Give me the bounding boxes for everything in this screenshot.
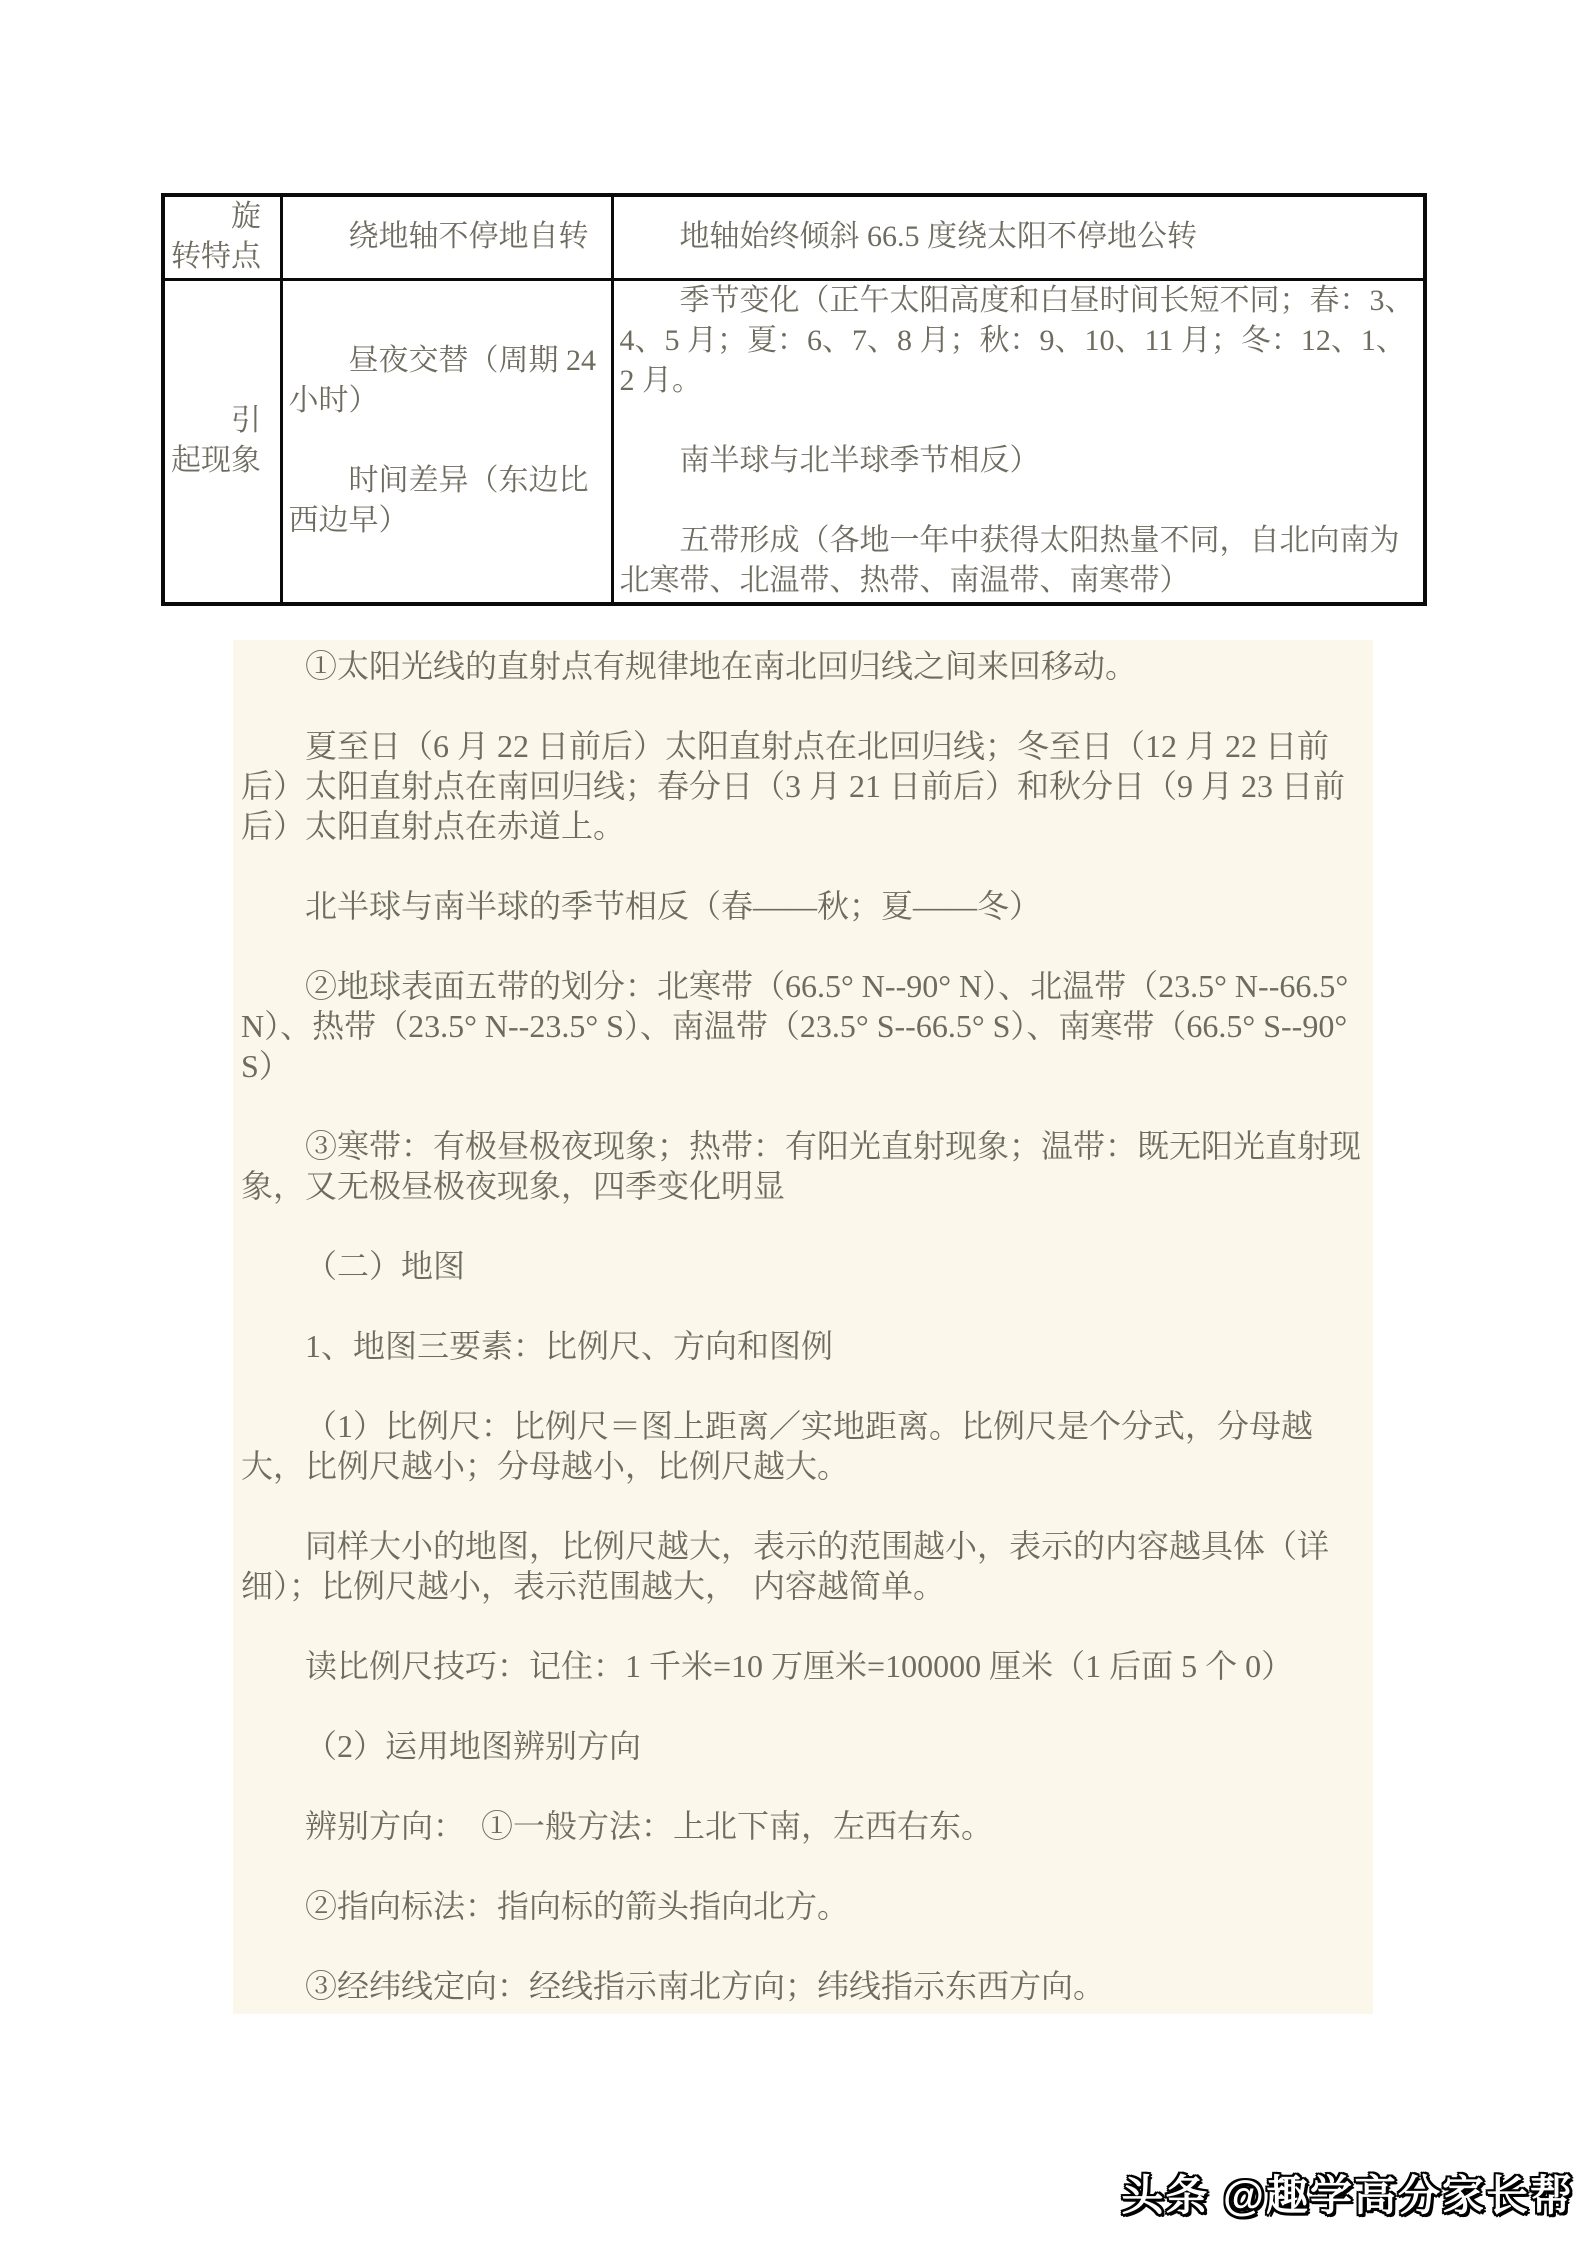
table-row: 旋转特点 绕地轴不停地自转 地轴始终倾斜 66.5 度绕太阳不停地公转 — [163, 195, 1425, 279]
body-paragraph: ②指向标法：指向标的箭头指向北方。 — [241, 1886, 1365, 1926]
table-cell-row2-col2: 昼夜交替（周期 24 小时） 时间差异（东边比西边早） — [281, 279, 612, 604]
cell-text: 引起现象 — [171, 401, 274, 481]
cell-text: 南半球与北半球季节相反） — [620, 441, 1418, 481]
body-paragraph: 辨别方向： ①一般方法：上北下南，左西右东。 — [241, 1806, 1365, 1846]
body-paragraph: 同样大小的地图，比例尺越大，表示的范围越小，表示的内容越具体（详细）；比例尺越小… — [241, 1526, 1365, 1606]
table-cell-row2-col1: 引起现象 — [163, 279, 281, 604]
cell-text: 五带形成（各地一年中获得太阳热量不同，自北向南为北寒带、北温带、热带、南温带、南… — [620, 521, 1418, 601]
body-paragraph: 读比例尺技巧：记住：1 千米=10 万厘米=100000 厘米（1 后面 5 个… — [241, 1646, 1365, 1686]
table-cell-row1-col1: 旋转特点 — [163, 195, 281, 279]
table-cell-row2-col3: 季节变化（正午太阳高度和白昼时间长短不同；春：3、4、5 月；夏：6、7、8 月… — [612, 279, 1425, 604]
body-paragraph: 北半球与南半球的季节相反（春——秋；夏——冬） — [241, 886, 1365, 926]
table-cell-row1-col3: 地轴始终倾斜 66.5 度绕太阳不停地公转 — [612, 195, 1425, 279]
cell-text: 时间差异（东边比西边早） — [289, 461, 605, 541]
cell-text: 昼夜交替（周期 24 小时） — [289, 341, 605, 421]
cell-text: 旋转特点 — [171, 197, 274, 277]
body-paragraph: （二）地图 — [241, 1246, 1365, 1286]
cell-text: 季节变化（正午太阳高度和白昼时间长短不同；春：3、4、5 月；夏：6、7、8 月… — [620, 281, 1418, 401]
body-paragraph: （1）比例尺：比例尺＝图上距离／实地距离。比例尺是个分式，分母越大，比例尺越小；… — [241, 1406, 1365, 1486]
body-paragraph: （2）运用地图辨别方向 — [241, 1726, 1365, 1766]
body-paragraph: 1、地图三要素：比例尺、方向和图例 — [241, 1326, 1365, 1366]
table-cell-row1-col2: 绕地轴不停地自转 — [281, 195, 612, 279]
notes-body: ①太阳光线的直射点有规律地在南北回归线之间来回移动。 夏至日（6 月 22 日前… — [233, 640, 1373, 2014]
body-paragraph: ②地球表面五带的划分：北寒带（66.5° N--90° N）、北温带（23.5°… — [241, 966, 1365, 1086]
body-paragraph: ③经纬线定向：经线指示南北方向；纬线指示东西方向。 — [241, 1966, 1365, 2006]
body-paragraph: ①太阳光线的直射点有规律地在南北回归线之间来回移动。 — [241, 646, 1365, 686]
document-page: { "colors": { "page_bg": "#ffffff", "pan… — [0, 0, 1588, 2245]
watermark: 头条 @趣学高分家长帮 — [1121, 2163, 1574, 2223]
rotation-revolution-table: 旋转特点 绕地轴不停地自转 地轴始终倾斜 66.5 度绕太阳不停地公转 引起现象… — [161, 193, 1427, 606]
body-paragraph: 夏至日（6 月 22 日前后）太阳直射点在北回归线；冬至日（12 月 22 日前… — [241, 726, 1365, 846]
body-paragraph: ③寒带：有极昼极夜现象；热带：有阳光直射现象；温带：既无阳光直射现象，又无极昼极… — [241, 1126, 1365, 1206]
cell-text: 地轴始终倾斜 66.5 度绕太阳不停地公转 — [620, 217, 1418, 257]
cell-text: 绕地轴不停地自转 — [289, 217, 605, 257]
table-row: 引起现象 昼夜交替（周期 24 小时） 时间差异（东边比西边早） 季节变化（正午… — [163, 279, 1425, 604]
